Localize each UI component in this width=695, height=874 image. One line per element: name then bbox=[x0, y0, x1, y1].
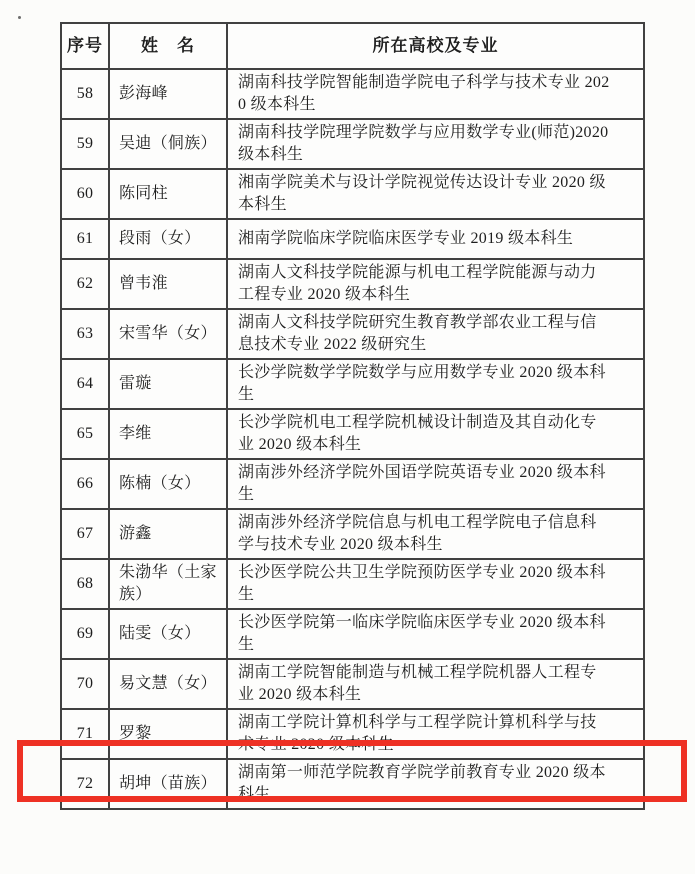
table-header-row: 序号 姓 名 所在高校及专业 bbox=[61, 23, 644, 69]
cell-school: 长沙学院数学学院数学与应用数学专业 2020 级本科生 bbox=[227, 359, 644, 409]
cell-name: 彭海峰 bbox=[109, 69, 227, 119]
cell-school: 湘南学院美术与设计学院视觉传达设计专业 2020 级本科生 bbox=[227, 169, 644, 219]
table-row: 60 陈同柱 湘南学院美术与设计学院视觉传达设计专业 2020 级本科生 bbox=[61, 169, 644, 219]
student-roster-table: 序号 姓 名 所在高校及专业 58 彭海峰 湖南科技学院智能制造学院电子科学与技… bbox=[60, 22, 645, 810]
cell-no: 70 bbox=[61, 659, 109, 709]
cell-name: 宋雪华（女） bbox=[109, 309, 227, 359]
cell-no: 65 bbox=[61, 409, 109, 459]
cell-name: 陈同柱 bbox=[109, 169, 227, 219]
cell-name: 胡坤（苗族） bbox=[109, 759, 227, 809]
cell-no: 66 bbox=[61, 459, 109, 509]
table-row: 68 朱渤华（土家族） 长沙医学院公共卫生学院预防医学专业 2020 级本科生 bbox=[61, 559, 644, 609]
table-row: 64 雷璇 长沙学院数学学院数学与应用数学专业 2020 级本科生 bbox=[61, 359, 644, 409]
cell-no: 68 bbox=[61, 559, 109, 609]
cell-no: 67 bbox=[61, 509, 109, 559]
cell-name: 曾韦淮 bbox=[109, 259, 227, 309]
cell-no: 58 bbox=[61, 69, 109, 119]
cell-name: 吴迪（侗族） bbox=[109, 119, 227, 169]
header-school: 所在高校及专业 bbox=[227, 23, 644, 69]
cell-no: 72 bbox=[61, 759, 109, 809]
cell-name: 罗黎 bbox=[109, 709, 227, 759]
cell-no: 61 bbox=[61, 219, 109, 259]
cell-no: 59 bbox=[61, 119, 109, 169]
table-row: 66 陈楠（女） 湖南涉外经济学院外国语学院英语专业 2020 级本科生 bbox=[61, 459, 644, 509]
table-row-highlighted: 71 罗黎 湖南工学院计算机科学与工程学院计算机科学与技术专业 2020 级本科… bbox=[61, 709, 644, 759]
header-name: 姓 名 bbox=[109, 23, 227, 69]
cell-name: 游鑫 bbox=[109, 509, 227, 559]
cell-school: 湖南人文科技学院研究生教育教学部农业工程与信息技术专业 2022 级研究生 bbox=[227, 309, 644, 359]
cell-school: 长沙学院机电工程学院机械设计制造及其自动化专业 2020 级本科生 bbox=[227, 409, 644, 459]
cell-no: 60 bbox=[61, 169, 109, 219]
cell-no: 62 bbox=[61, 259, 109, 309]
cell-school: 湖南涉外经济学院信息与机电工程学院电子信息科学与技术专业 2020 级本科生 bbox=[227, 509, 644, 559]
table-row: 59 吴迪（侗族） 湖南科技学院理学院数学与应用数学专业(师范)2020 级本科… bbox=[61, 119, 644, 169]
table-row: 67 游鑫 湖南涉外经济学院信息与机电工程学院电子信息科学与技术专业 2020 … bbox=[61, 509, 644, 559]
table-row: 61 段雨（女） 湘南学院临床学院临床医学专业 2019 级本科生 bbox=[61, 219, 644, 259]
table-row: 72 胡坤（苗族） 湖南第一师范学院教育学院学前教育专业 2020 级本科生 bbox=[61, 759, 644, 809]
cell-school: 湖南人文科技学院能源与机电工程学院能源与动力工程专业 2020 级本科生 bbox=[227, 259, 644, 309]
cell-name: 易文慧（女） bbox=[109, 659, 227, 709]
cell-no: 63 bbox=[61, 309, 109, 359]
cell-no: 71 bbox=[61, 709, 109, 759]
cell-name: 陈楠（女） bbox=[109, 459, 227, 509]
table-row: 70 易文慧（女） 湖南工学院智能制造与机械工程学院机器人工程专业 2020 级… bbox=[61, 659, 644, 709]
scan-artifact-dot bbox=[18, 16, 21, 19]
cell-name: 雷璇 bbox=[109, 359, 227, 409]
cell-no: 64 bbox=[61, 359, 109, 409]
cell-school: 湖南工学院智能制造与机械工程学院机器人工程专业 2020 级本科生 bbox=[227, 659, 644, 709]
cell-name: 陆雯（女） bbox=[109, 609, 227, 659]
cell-school: 湖南科技学院理学院数学与应用数学专业(师范)2020 级本科生 bbox=[227, 119, 644, 169]
table-row: 62 曾韦淮 湖南人文科技学院能源与机电工程学院能源与动力工程专业 2020 级… bbox=[61, 259, 644, 309]
header-no: 序号 bbox=[61, 23, 109, 69]
table-row: 69 陆雯（女） 长沙医学院第一临床学院临床医学专业 2020 级本科生 bbox=[61, 609, 644, 659]
cell-no: 69 bbox=[61, 609, 109, 659]
table-row: 58 彭海峰 湖南科技学院智能制造学院电子科学与技术专业 2020 级本科生 bbox=[61, 69, 644, 119]
cell-school: 长沙医学院第一临床学院临床医学专业 2020 级本科生 bbox=[227, 609, 644, 659]
cell-school: 湖南第一师范学院教育学院学前教育专业 2020 级本科生 bbox=[227, 759, 644, 809]
cell-school: 湖南工学院计算机科学与工程学院计算机科学与技术专业 2020 级本科生 bbox=[227, 709, 644, 759]
cell-school: 湖南涉外经济学院外国语学院英语专业 2020 级本科生 bbox=[227, 459, 644, 509]
cell-school: 湘南学院临床学院临床医学专业 2019 级本科生 bbox=[227, 219, 644, 259]
table-row: 65 李维 长沙学院机电工程学院机械设计制造及其自动化专业 2020 级本科生 bbox=[61, 409, 644, 459]
cell-school: 长沙医学院公共卫生学院预防医学专业 2020 级本科生 bbox=[227, 559, 644, 609]
table-row: 63 宋雪华（女） 湖南人文科技学院研究生教育教学部农业工程与信息技术专业 20… bbox=[61, 309, 644, 359]
cell-name: 朱渤华（土家族） bbox=[109, 559, 227, 609]
cell-school: 湖南科技学院智能制造学院电子科学与技术专业 2020 级本科生 bbox=[227, 69, 644, 119]
cell-name: 段雨（女） bbox=[109, 219, 227, 259]
cell-name: 李维 bbox=[109, 409, 227, 459]
